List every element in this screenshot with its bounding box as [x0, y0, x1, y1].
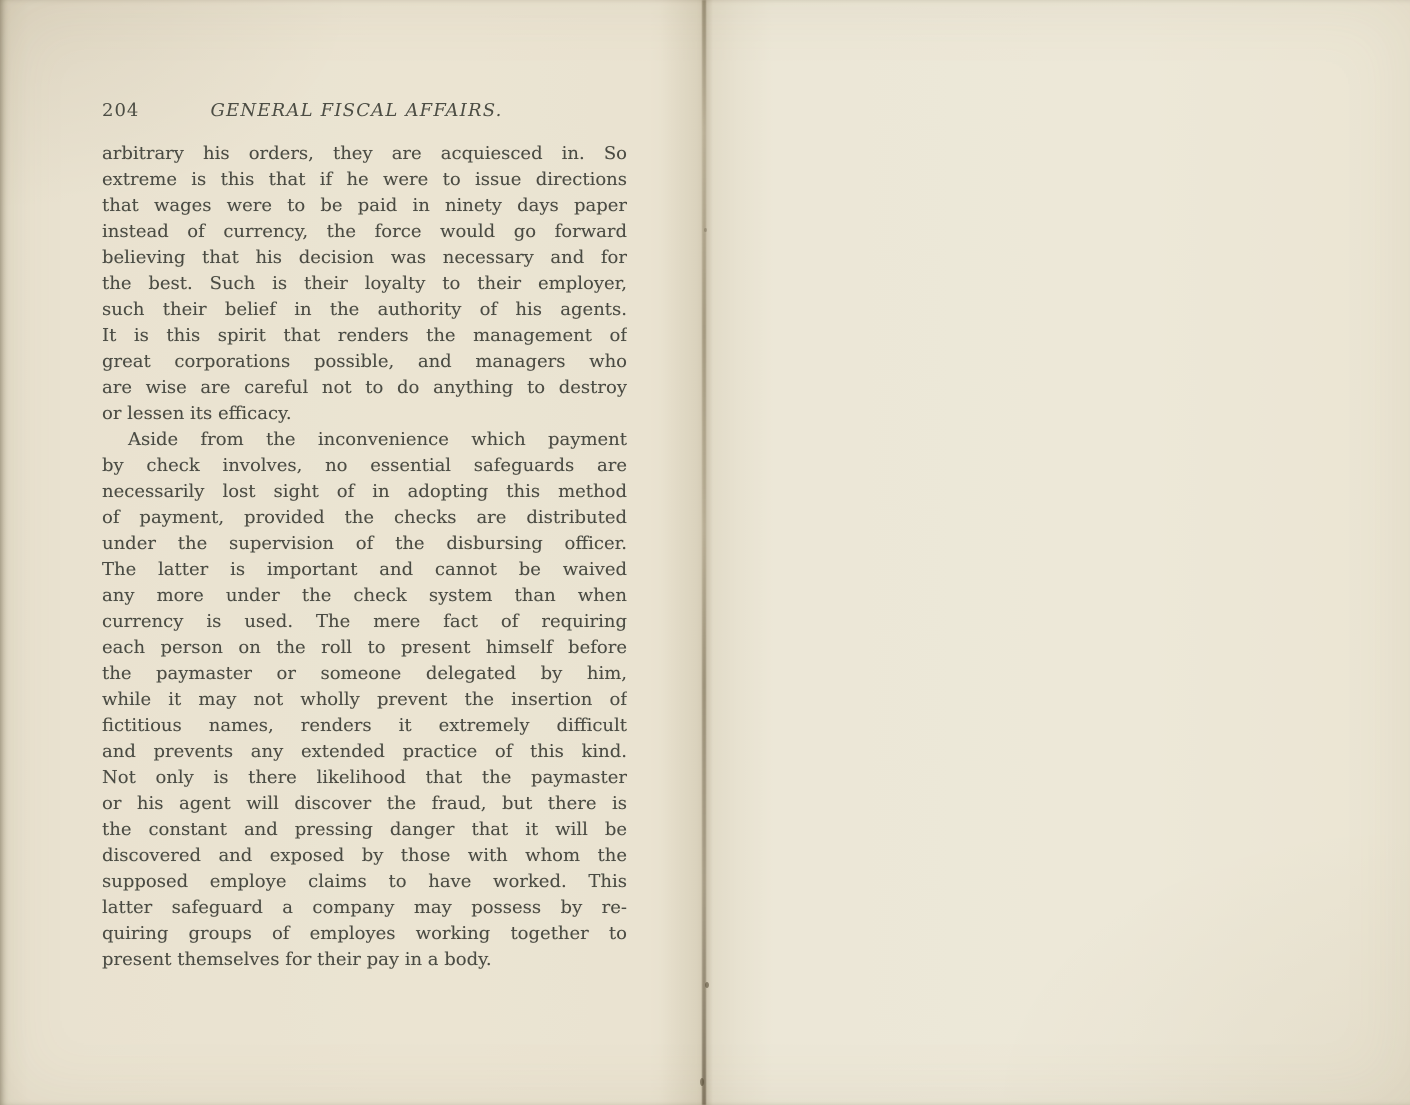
text-line: It is this spirit that renders the manag…: [102, 323, 627, 349]
text-line: any more under the check system than whe…: [102, 583, 627, 609]
text-line: The latter is important and cannot be wa…: [102, 557, 627, 583]
left-running-header: GENERAL FISCAL AFFAIRS.: [94, 100, 619, 121]
text-line: currency is used. The mere fact of requi…: [102, 609, 627, 635]
text-line: such their belief in the authority of hi…: [102, 297, 627, 323]
text-line: the paymaster or someone delegated by hi…: [102, 661, 627, 687]
text-line: or his agent will discover the fraud, bu…: [102, 791, 627, 817]
text-line: and prevents any extended practice of th…: [102, 739, 627, 765]
text-line: great corporations possible, and manager…: [102, 349, 627, 375]
text-line: each person on the roll to present himse…: [102, 635, 627, 661]
text-line: instead of currency, the force would go …: [102, 219, 627, 245]
right-page: PAYMENT OF WAGES. 205 Where large bodies…: [705, 0, 1410, 1105]
left-running-head: 204 GENERAL FISCAL AFFAIRS.: [102, 100, 627, 124]
text-line: that wages were to be paid in ninety day…: [102, 193, 627, 219]
text-line: by check involves, no essential safeguar…: [102, 453, 627, 479]
text-line: supposed employe claims to have worked. …: [102, 869, 627, 895]
text-line: quiring groups of employes working toget…: [102, 921, 627, 947]
text-line: latter safeguard a company may possess b…: [102, 895, 627, 921]
text-line: under the supervision of the disbursing …: [102, 531, 627, 557]
text-line: extreme is this that if he were to issue…: [102, 167, 627, 193]
text-line: the best. Such is their loyalty to their…: [102, 271, 627, 297]
text-line: believing that his decision was necessar…: [102, 245, 627, 271]
text-line: Aside from the inconvenience which payme…: [102, 427, 627, 453]
paper-speck: [700, 1078, 704, 1086]
text-line: arbitrary his orders, they are acquiesce…: [102, 141, 627, 167]
text-line: the constant and pressing danger that it…: [102, 817, 627, 843]
gutter-shadow: [660, 0, 770, 1105]
text-line: fictitious names, renders it extremely d…: [102, 713, 627, 739]
text-line: or lessen its efficacy.: [102, 401, 627, 427]
text-line: of payment, provided the checks are dist…: [102, 505, 627, 531]
left-page-body: arbitrary his orders, they are acquiesce…: [102, 141, 627, 973]
text-line: are wise are careful not to do anything …: [102, 375, 627, 401]
book-spread: 204 GENERAL FISCAL AFFAIRS. arbitrary hi…: [0, 0, 1410, 1105]
paper-speck: [705, 982, 709, 988]
text-line: while it may not wholly prevent the inse…: [102, 687, 627, 713]
book-gutter-crease: [702, 0, 706, 1105]
text-line: present themselves for their pay in a bo…: [102, 947, 627, 973]
left-page: 204 GENERAL FISCAL AFFAIRS. arbitrary hi…: [0, 0, 705, 1105]
paper-speck: [704, 228, 707, 232]
text-line: Not only is there likelihood that the pa…: [102, 765, 627, 791]
text-line: necessarily lost sight of in adopting th…: [102, 479, 627, 505]
text-line: discovered and exposed by those with who…: [102, 843, 627, 869]
